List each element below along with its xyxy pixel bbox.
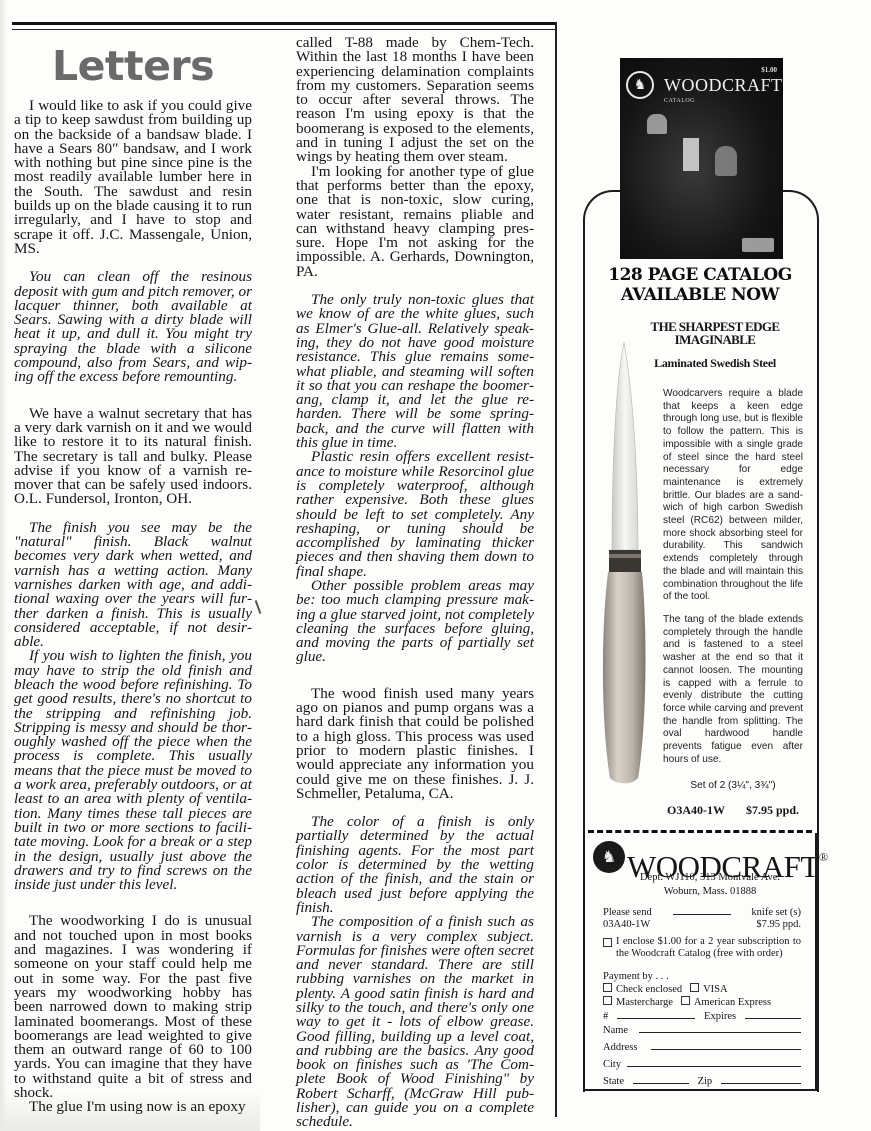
column-divider	[555, 22, 557, 1117]
order-address: Dept. WJ110, 313 Montvale Ave. Woburn, M…	[600, 871, 820, 899]
address-line: Dept. WJ110, 313 Montvale Ave.	[600, 871, 820, 885]
letter-paragraph: The glue I'm using now is an epoxy	[14, 1100, 252, 1114]
answer-paragraph: Plastic resin offers excellent resist­an…	[296, 450, 534, 579]
letter-paragraph: The woodworking I do is unusual and not …	[14, 914, 252, 1100]
letters-column-2: called T-88 made by Chem-Tech. Within th…	[296, 36, 534, 1130]
answer-paragraph: The finish you see may be the "natural" …	[14, 521, 252, 650]
amex-checkbox[interactable]	[681, 996, 690, 1005]
check-label: Check enclosed	[616, 984, 682, 995]
catalog-subtitle: CATALOG	[664, 98, 695, 104]
answer-paragraph: The composition of a finish such as varn…	[296, 915, 534, 1129]
ad-price: $7.95 ppd.	[746, 803, 799, 818]
amex-label: American Express	[694, 997, 771, 1008]
answer-paragraph: If you wish to lighten the finish, you m…	[14, 649, 252, 892]
order-price: $7.95 ppd.	[756, 919, 801, 931]
address-field[interactable]	[651, 1040, 801, 1050]
ad-subhead-line: IMAGINABLE	[640, 333, 790, 346]
subscription-checkbox[interactable]	[603, 938, 612, 947]
visa-checkbox[interactable]	[690, 983, 699, 992]
quantity-field[interactable]	[673, 905, 731, 915]
state-field[interactable]	[633, 1074, 689, 1084]
check-checkbox[interactable]	[603, 983, 612, 992]
registered-mark: ®	[819, 850, 828, 864]
ad-body-text: The tang of the blade extends completely…	[663, 614, 803, 766]
ad-headline-line: 128 PAGE CATALOG	[586, 265, 814, 285]
catalog-cover-image: $1.00 ♞ WOODCRAFT CATALOG	[620, 58, 783, 259]
knife-set-label: knife set (s)	[751, 907, 801, 919]
visa-label: VISA	[703, 984, 728, 995]
city-label: City	[603, 1056, 621, 1073]
zip-field[interactable]	[721, 1074, 801, 1084]
carving-knife-illustration	[598, 340, 650, 785]
state-label: State	[603, 1073, 624, 1090]
catalog-brand: WOODCRAFT	[664, 75, 783, 96]
woodcraft-emblem-icon: ♞	[593, 841, 625, 873]
ad-set-size: Set of 2 (3¼", 3¾")	[663, 780, 803, 791]
catalog-price: $1.00	[761, 66, 777, 74]
card-number-field[interactable]	[617, 1009, 695, 1019]
carver-emblem-icon: ♞	[626, 71, 654, 99]
please-send-label: Please send	[603, 907, 652, 919]
address-label: Address	[603, 1039, 637, 1056]
letter-paragraph: We have a walnut secretary that has a ve…	[14, 407, 252, 507]
page-title: Letters	[14, 42, 252, 90]
scan-edge-shadow	[0, 0, 8, 1131]
mastercharge-label: Mastercharge	[616, 997, 673, 1008]
letter-paragraph: called T-88 made by Chem-Tech. Within th…	[296, 36, 534, 165]
answer-paragraph: You can clean off the resinous deposit w…	[14, 270, 252, 384]
payment-label: Payment by . . .	[603, 971, 801, 983]
answer-paragraph: Other possible problem areas may be: too…	[296, 579, 534, 665]
ad-sku: O3A40-1W	[667, 803, 725, 818]
subscription-label: I enclose $1.00 for a 2 year subscriptio…	[616, 936, 801, 960]
letter-paragraph: The wood finish used many years ago on p…	[296, 687, 534, 801]
order-please-send: Please send knife set (s) 03A40-1W $7.95…	[603, 905, 801, 931]
print-mark	[255, 600, 262, 614]
letter-paragraph: I would like to ask if you could give a …	[14, 99, 252, 256]
ad-headline-line: AVAILABLE NOW	[586, 285, 814, 305]
ad-headline: 128 PAGE CATALOG AVAILABLE NOW	[586, 265, 814, 305]
name-label: Name	[603, 1022, 628, 1039]
letters-column-1: Letters I would like to ask if you could…	[14, 40, 252, 1115]
zip-label: Zip	[698, 1073, 713, 1090]
ad-subhead: THE SHARPEST EDGE IMAGINABLE	[640, 320, 790, 346]
ad-body-text: Woodcarvers require a blade that keeps a…	[663, 388, 803, 604]
name-field[interactable]	[639, 1023, 801, 1033]
mastercharge-checkbox[interactable]	[603, 996, 612, 1005]
letter-paragraph: I'm looking for another type of glue tha…	[296, 165, 534, 279]
answer-paragraph: The only truly non-toxic glues that we k…	[296, 293, 534, 450]
photo-window	[683, 138, 699, 171]
photo-bench	[742, 238, 774, 252]
header-rule-thick	[12, 22, 557, 25]
photo-craftsman	[715, 146, 737, 176]
address-fields: Name Address City State Zip	[603, 1022, 801, 1090]
subscription-option: I enclose $1.00 for a 2 year subscriptio…	[603, 936, 801, 960]
city-field[interactable]	[627, 1057, 801, 1067]
answer-paragraph: The color of a finish is only partially …	[296, 815, 534, 915]
address-line: Woburn, Mass. 01888	[600, 885, 820, 899]
expires-field[interactable]	[745, 1009, 801, 1019]
photo-lamp	[647, 114, 667, 134]
ad-subhead-steel: Laminated Swedish Steel	[640, 356, 790, 371]
order-sku: 03A40-1W	[603, 919, 650, 931]
payment-section: Payment by . . . Check enclosed VISA Mas…	[603, 971, 801, 1023]
header-rule-thin	[12, 29, 557, 30]
